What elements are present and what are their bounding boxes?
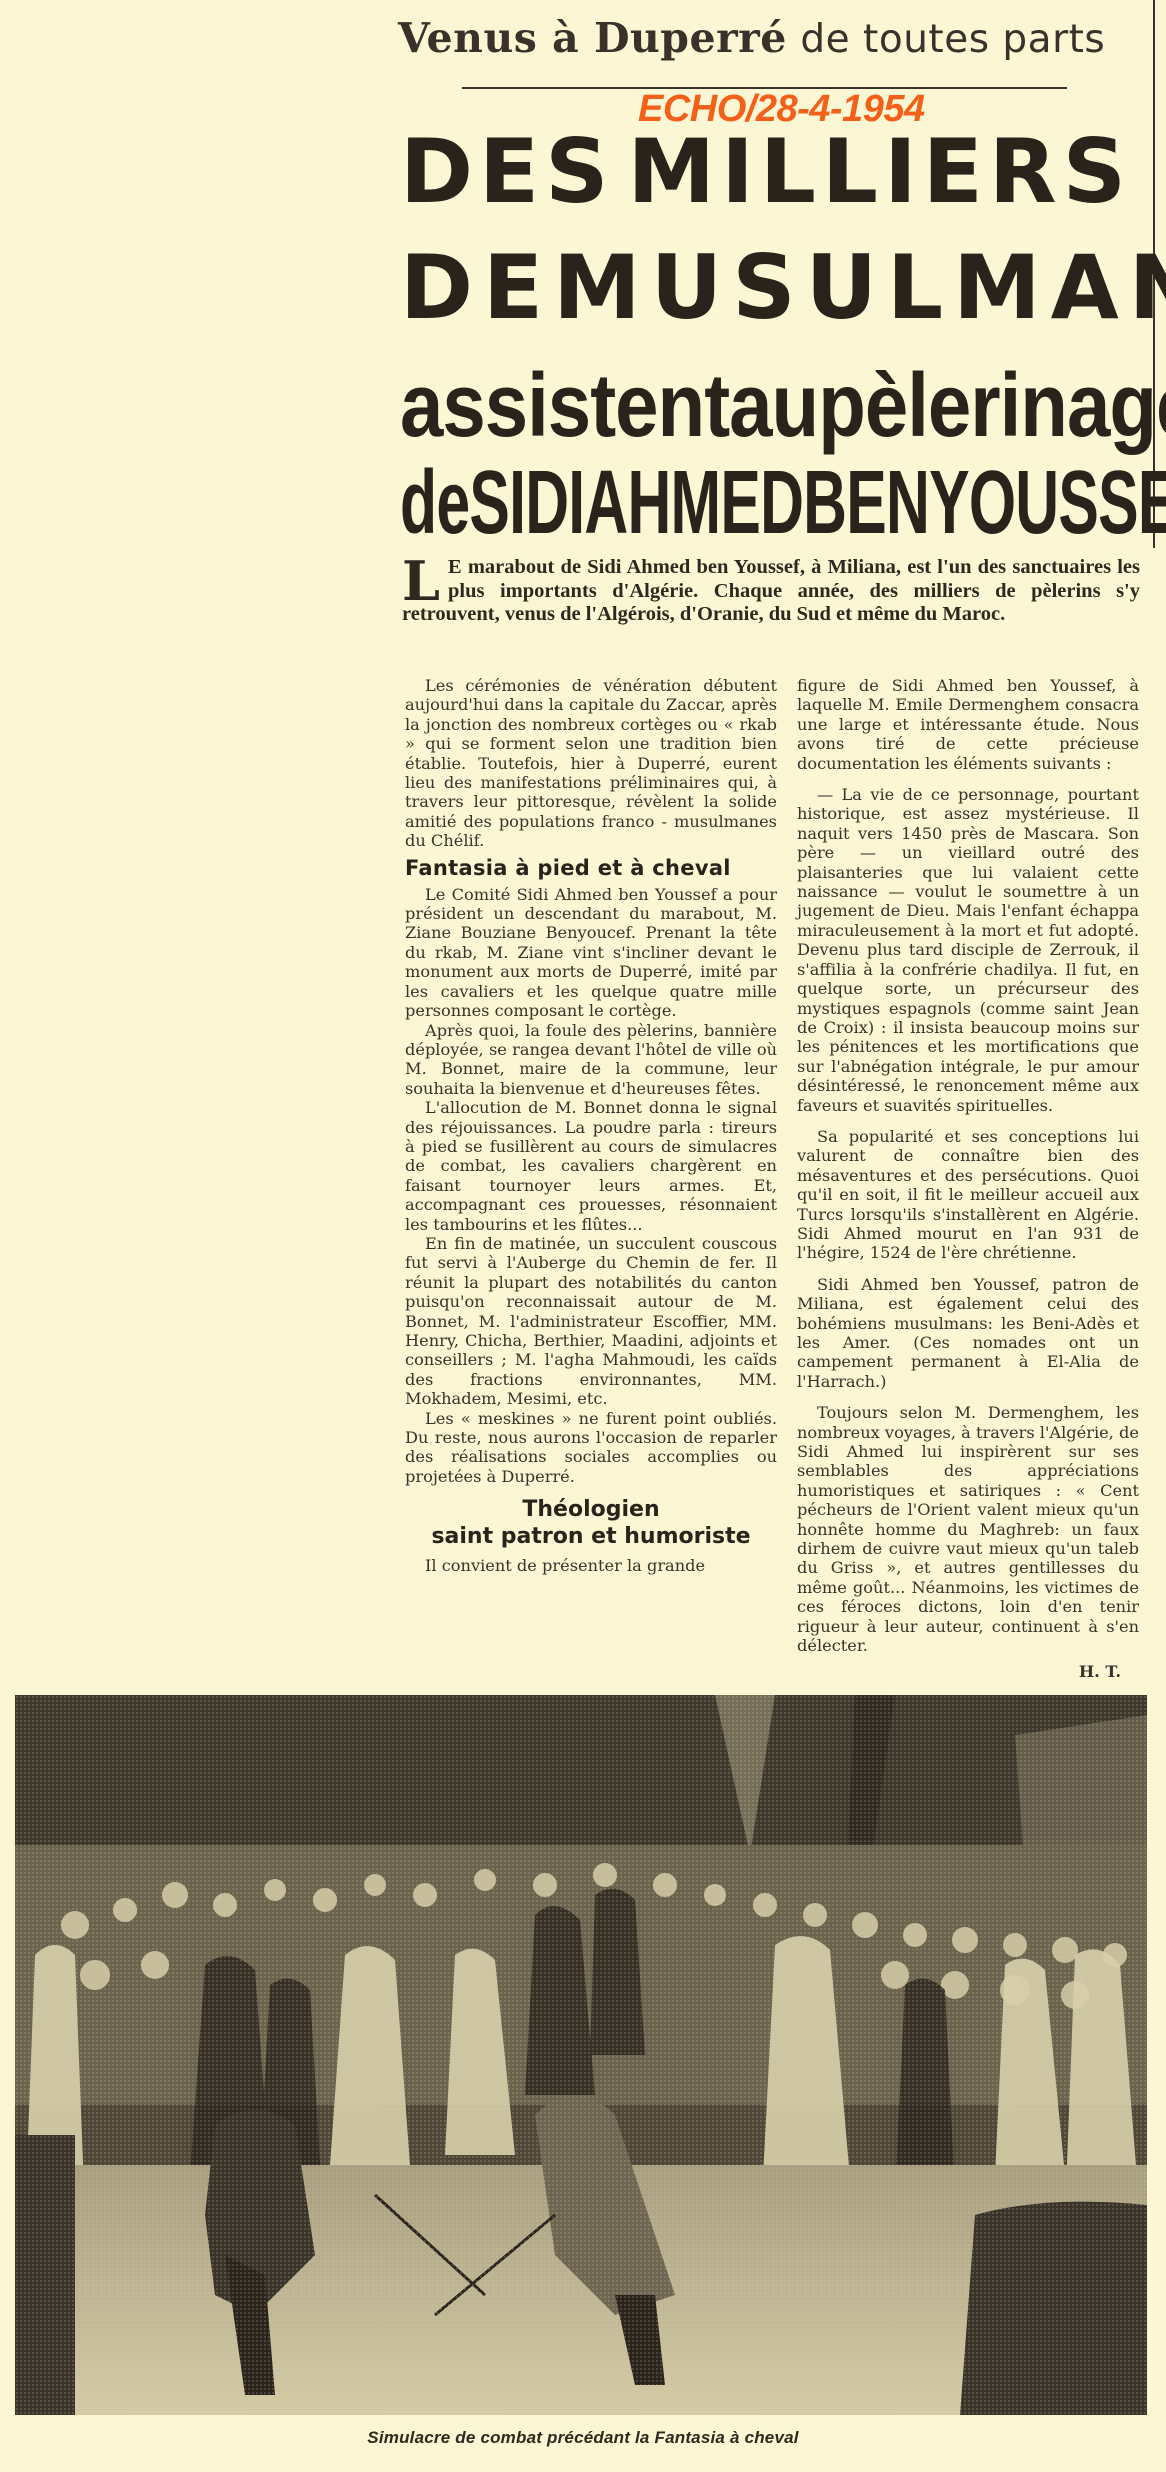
headline-word: MUSULMANS bbox=[553, 244, 1166, 332]
headline-word: AHMED bbox=[584, 458, 803, 548]
subheading-line: Théologien bbox=[405, 1496, 777, 1523]
halftone-photo-crowd bbox=[15, 1695, 1147, 2415]
drop-cap: L bbox=[402, 559, 440, 603]
paragraph: Sa popularité et ses conceptions lui val… bbox=[797, 1127, 1139, 1263]
paragraph: L'allocution de M. Bonnet donna le signa… bbox=[405, 1098, 777, 1234]
paragraph: Il convient de présenter la grande bbox=[405, 1556, 777, 1575]
headline-word: de bbox=[400, 458, 469, 548]
headline-line-2: DE MUSULMANS bbox=[400, 244, 1132, 332]
paragraph: Toujours selon M. Dermenghem, les nombre… bbox=[797, 1403, 1139, 1655]
kicker-line: Venus à Duperré de toutes parts bbox=[398, 14, 1133, 80]
subheading-theologien: Théologien saint patron et humoriste bbox=[405, 1496, 777, 1550]
paragraph: En fin de matinée, un succulent couscous… bbox=[405, 1234, 777, 1409]
headline-word: assistent bbox=[400, 360, 729, 450]
photo-illustration bbox=[15, 1695, 1147, 2415]
headline-line-4: de SIDI AHMED BEN YOUSSEF bbox=[400, 458, 1133, 548]
paragraph: figure de Sidi Ahmed ben Youssef, à laqu… bbox=[797, 676, 1139, 773]
headline-word: MILLIERS bbox=[628, 128, 1132, 216]
article-column-right: figure de Sidi Ahmed ben Youssef, à laqu… bbox=[797, 676, 1139, 1681]
headline-word: YOUSSEF bbox=[929, 458, 1166, 548]
headline-word: au bbox=[729, 360, 818, 450]
kicker-light: de toutes parts bbox=[800, 17, 1105, 62]
subheading-line: saint patron et humoriste bbox=[405, 1523, 777, 1550]
paragraph: Après quoi, la foule des pèlerins, banni… bbox=[405, 1021, 777, 1099]
photo-caption: Simulacre de combat précédant la Fantasi… bbox=[0, 2428, 1166, 2448]
lead-text: E marabout de Sidi Ahmed ben Youssef, à … bbox=[402, 556, 1140, 625]
headline-word: SIDI bbox=[469, 458, 584, 548]
kicker-bold: Venus à Duperré bbox=[398, 14, 787, 62]
lead-paragraph: LE marabout de Sidi Ahmed ben Youssef, à… bbox=[402, 556, 1140, 627]
headline-word: pèlerinage bbox=[818, 360, 1166, 450]
paragraph: — La vie de ce personnage, pourtant hist… bbox=[797, 785, 1139, 1115]
headline-line-3: assistent au pèlerinage bbox=[400, 360, 1132, 450]
paragraph: Les « meskines » ne furent point oubliés… bbox=[405, 1409, 777, 1487]
headline-line-1: DES MILLIERS bbox=[400, 128, 1132, 216]
author-signature: H. T. bbox=[797, 1662, 1139, 1681]
subheading-fantasia: Fantasia à pied et à cheval bbox=[405, 853, 777, 883]
article-column-left: Les cérémonies de vénération débutent au… bbox=[405, 676, 777, 1576]
paragraph: Les cérémonies de vénération débutent au… bbox=[405, 676, 777, 851]
paragraph: Le Comité Sidi Ahmed ben Youssef a pour … bbox=[405, 885, 777, 1021]
headline-word: DE bbox=[400, 244, 553, 332]
headline-word: DES bbox=[400, 128, 615, 216]
paragraph: Sidi Ahmed ben Youssef, patron de Milian… bbox=[797, 1275, 1139, 1391]
headline-word: BEN bbox=[803, 458, 929, 548]
archive-date-stamp: ECHO/28-4-1954 bbox=[638, 88, 925, 131]
